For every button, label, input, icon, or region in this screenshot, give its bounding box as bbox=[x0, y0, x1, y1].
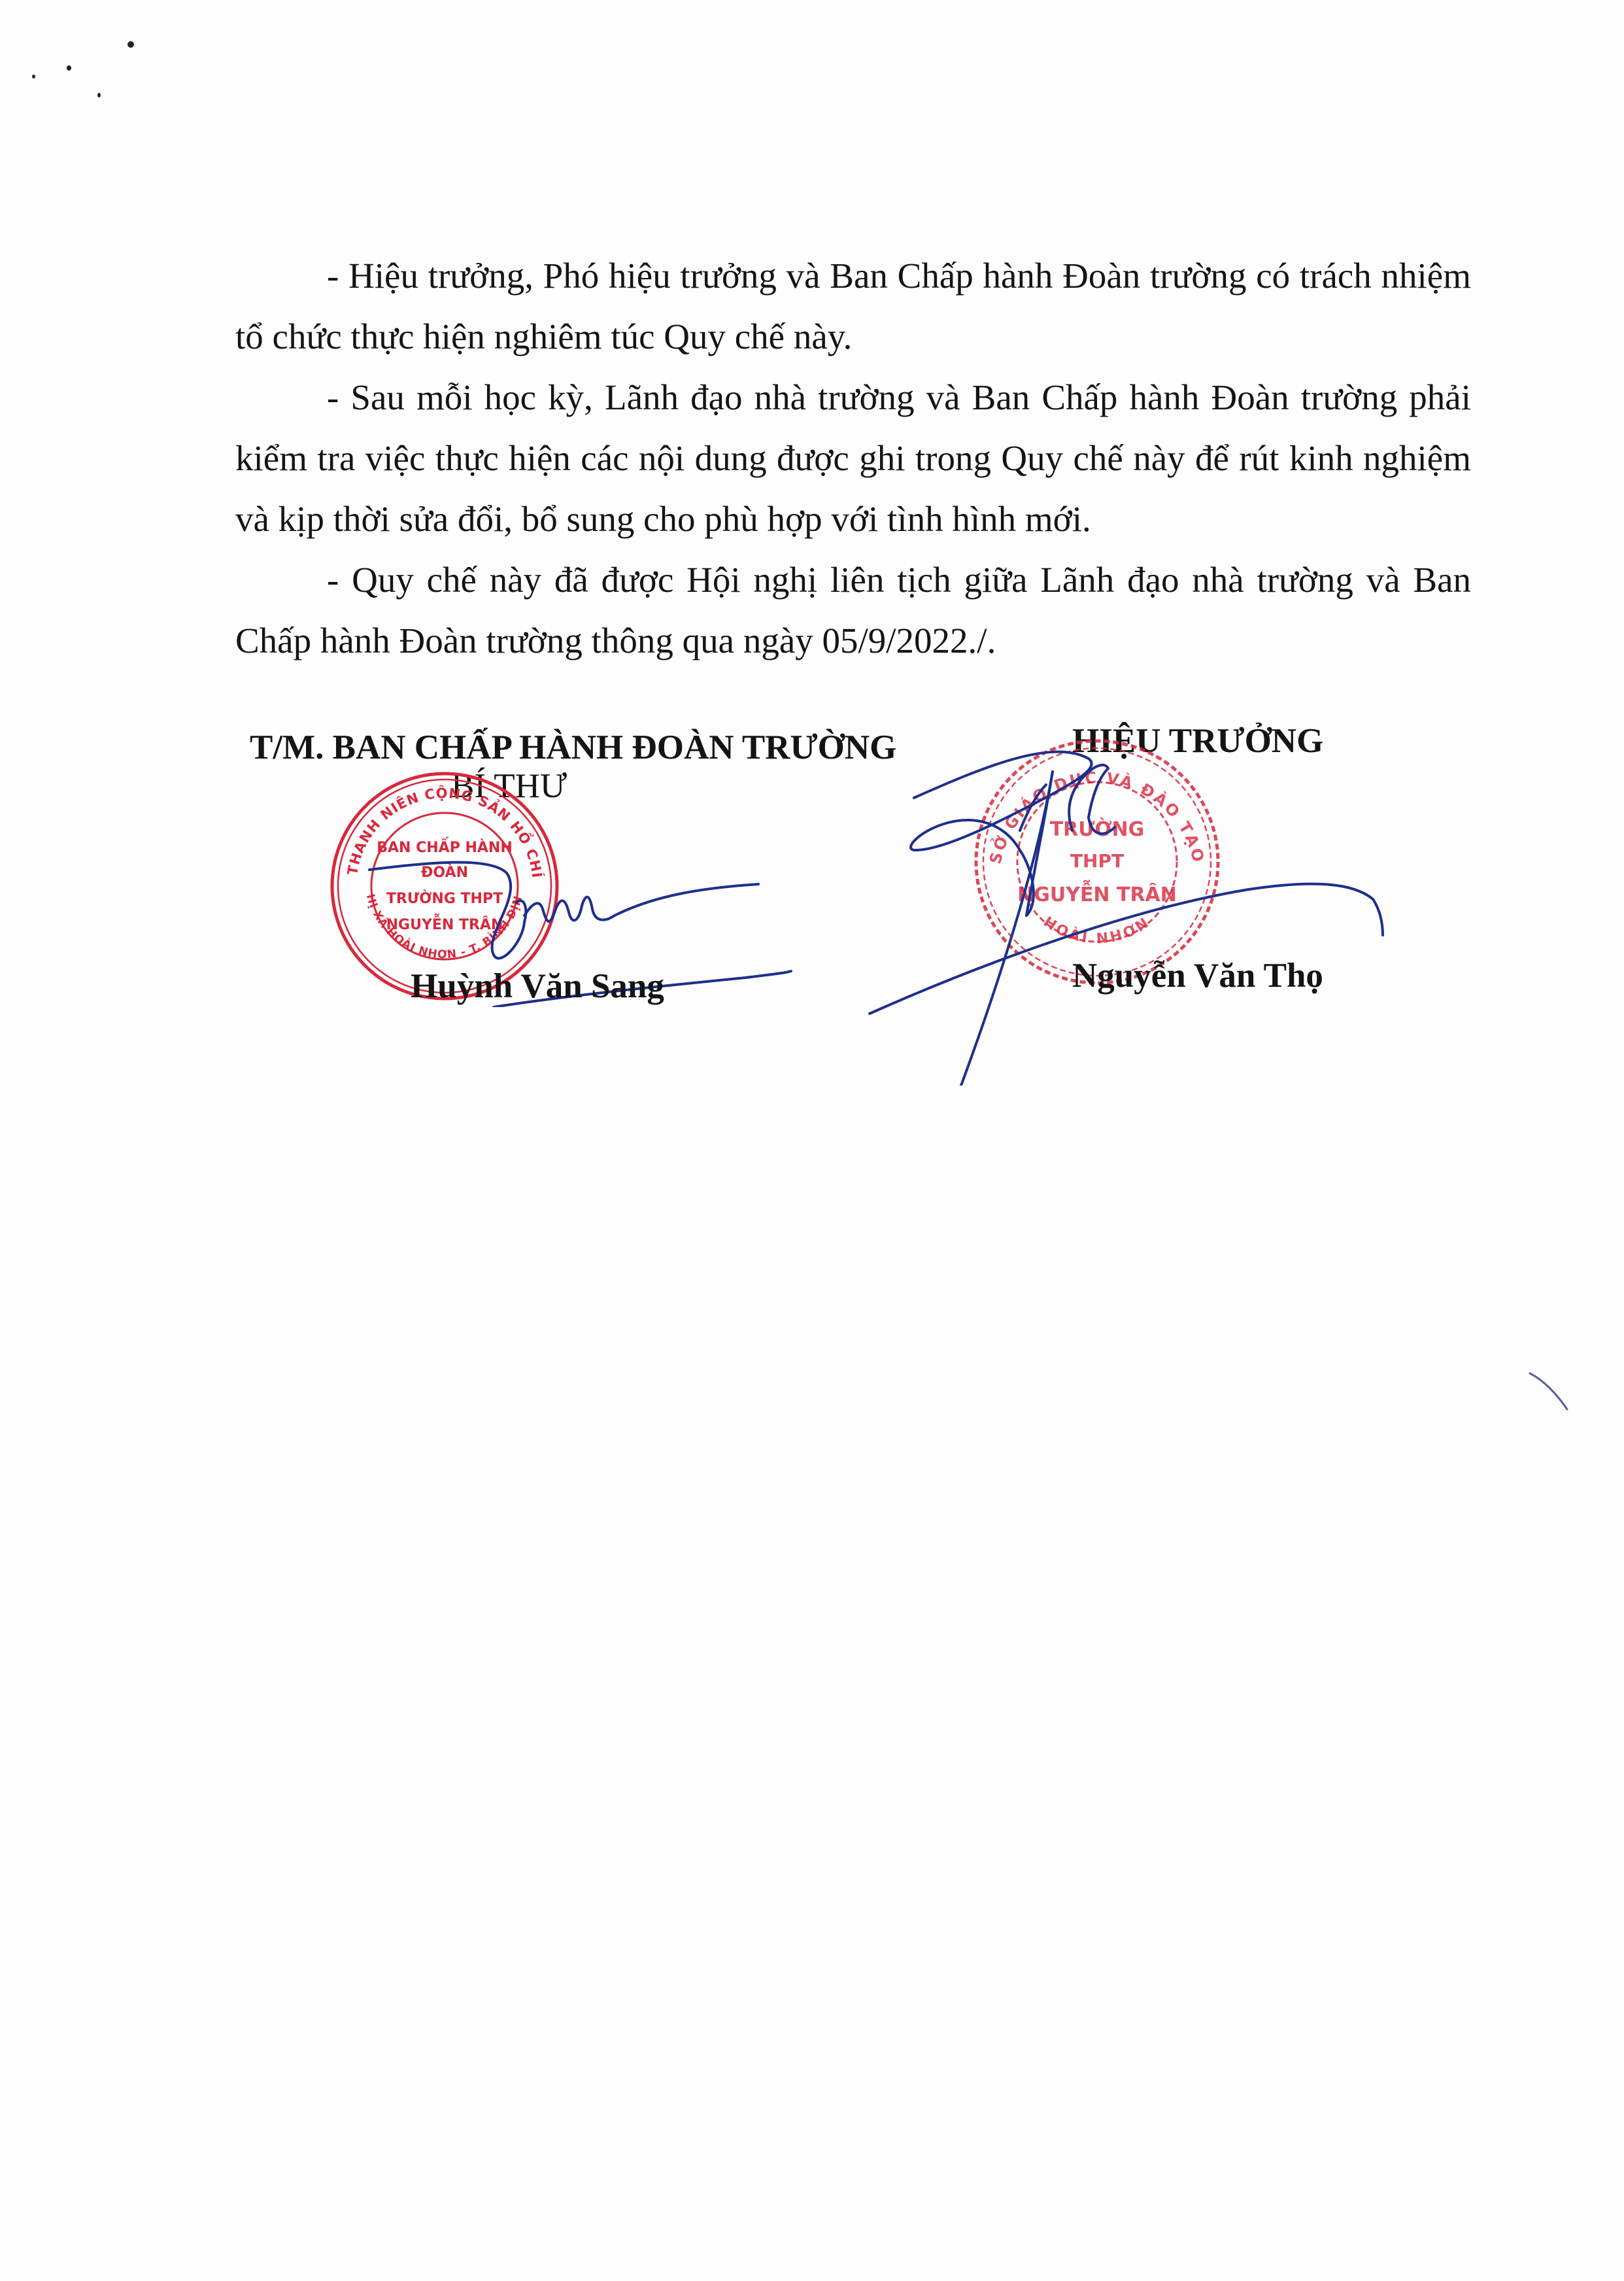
svg-text:ĐOÀN: ĐOÀN bbox=[421, 864, 468, 881]
scan-speck bbox=[127, 41, 134, 48]
document-body: - Hiệu trưởng, Phó hiệu trưởng và Ban Ch… bbox=[235, 245, 1471, 671]
svg-text:NGUYỄN TRÂN: NGUYỄN TRÂN bbox=[1017, 880, 1177, 906]
svg-text:TRƯỜNG: TRƯỜNG bbox=[1050, 817, 1145, 841]
svg-text:THPT: THPT bbox=[1070, 850, 1124, 872]
school-stamp: SỞ GIÁO DỤC VÀ ĐÀO TẠO HOÀI NHƠN TRƯỜNG … bbox=[966, 731, 1228, 993]
right-signatory-name: Nguyễn Văn Thọ bbox=[1072, 956, 1323, 995]
svg-text:HOÀI NHƠN: HOÀI NHƠN bbox=[1040, 914, 1154, 947]
svg-text:BAN CHẤP HÀNH: BAN CHẤP HÀNH bbox=[377, 837, 513, 856]
paragraph-responsibility: - Hiệu trưởng, Phó hiệu trưởng và Ban Ch… bbox=[235, 245, 1471, 367]
stray-pen-mark bbox=[1527, 1370, 1579, 1422]
svg-text:NGUYỄN TRÂN: NGUYỄN TRÂN bbox=[386, 914, 503, 933]
scan-speck bbox=[67, 65, 71, 71]
left-signatory-name: Huỳnh Văn Sang bbox=[411, 967, 664, 1006]
paragraph-approval: - Quy chế này đã được Hội nghị liên tịch… bbox=[235, 549, 1471, 671]
document-page: - Hiệu trưởng, Phó hiệu trưởng và Ban Ch… bbox=[0, 0, 1624, 2281]
scan-speck bbox=[97, 93, 101, 97]
svg-text:TRƯỜNG THPT: TRƯỜNG THPT bbox=[386, 890, 503, 907]
paragraph-review: - Sau mỗi học kỳ, Lãnh đạo nhà trường và… bbox=[235, 367, 1471, 549]
scan-speck bbox=[32, 75, 35, 78]
left-signature-title: T/M. BAN CHẤP HÀNH ĐOÀN TRƯỜNG bbox=[250, 728, 896, 767]
